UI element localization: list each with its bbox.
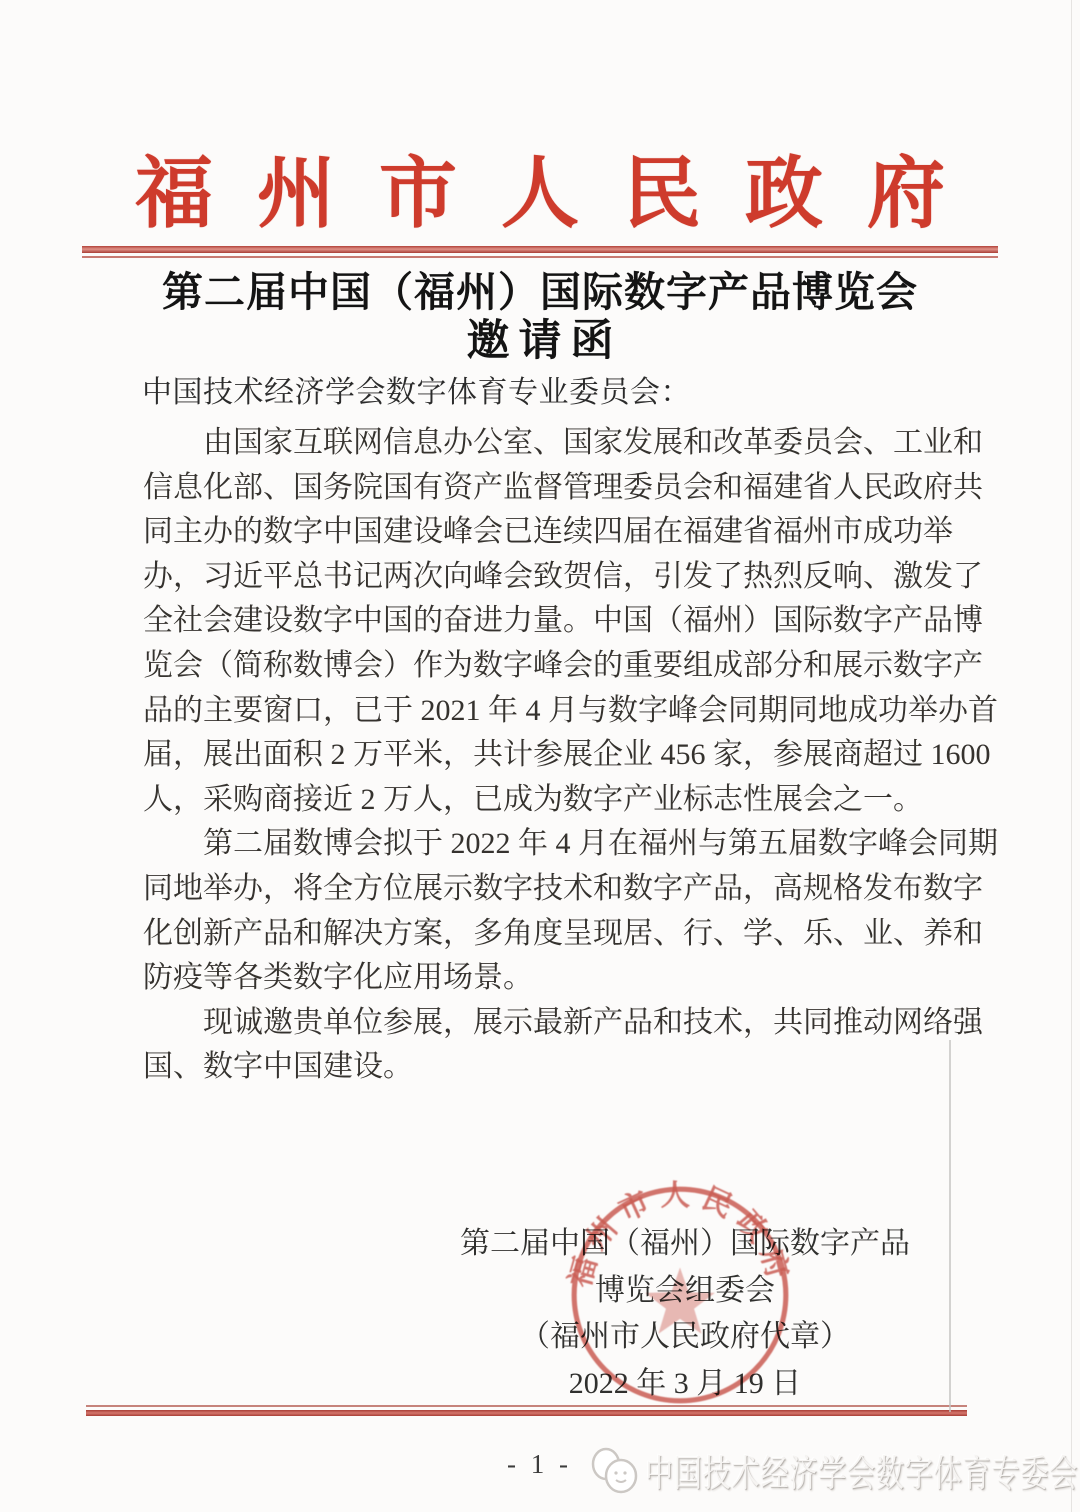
footer-divider-thick-line (86, 1410, 967, 1416)
paragraph-1: 由国家互联网信息办公室、国家发展和改革委员会、工业和信息化部、国务院国有资产监督… (143, 421, 948, 822)
footer-divider-thin-line (86, 1405, 967, 1407)
scan-edge-line (1071, 0, 1072, 1512)
document-title-line1: 第二届中国（福州）国际数字产品博览会 (0, 268, 1080, 317)
paragraph-2: 第二届数博会拟于 2022 年 4 月在福州与第五届数字峰会同期同地举办，将全方… (143, 822, 948, 1000)
letterhead-divider-thick-line (82, 246, 998, 253)
association-logo-icon (589, 1442, 639, 1498)
body-line: 同主办的数字中国建设峰会已连续四届在福建省福州市成功举 (143, 510, 948, 555)
document-page: 福州市人民政府 第二届中国（福州）国际数字产品博览会 邀请函 中国技术经济学会数… (0, 0, 1080, 1512)
signature-line: 2022 年 3 月 19 日 (400, 1361, 970, 1408)
paragraph-3: 现诚邀贵单位参展，展示最新产品和技术，共同推动网络强国、数字中国建设。 (143, 1001, 948, 1090)
letterhead-org-name: 福州市人民政府 (0, 148, 1080, 240)
letterhead-divider-thin-line (82, 256, 998, 258)
signature-line: 第二届中国（福州）国际数字产品 (400, 1221, 970, 1268)
watermark-text: 中国技术经济学会数字体育专委会 (645, 1443, 1078, 1497)
body-line: 第二届数博会拟于 2022 年 4 月在福州与第五届数字峰会同期 (143, 822, 948, 867)
document-title: 第二届中国（福州）国际数字产品博览会 邀请函 (0, 268, 1080, 366)
letter-body: 由国家互联网信息办公室、国家发展和改革委员会、工业和信息化部、国务院国有资产监督… (143, 421, 948, 1090)
body-line: 届，展出面积 2 万平米，共计参展企业 456 家，参展商超过 1600 (143, 733, 948, 778)
body-line: 防疫等各类数字化应用场景。 (143, 956, 948, 1001)
salutation: 中国技术经济学会数字体育专业委员会： (142, 367, 691, 411)
body-line: 办，习近平总书记两次向峰会致贺信，引发了热烈反响、激发了 (143, 555, 948, 600)
footer-watermark: 中国技术经济学会数字体育专委会 (589, 1438, 1080, 1502)
scan-fold-line (949, 1040, 951, 1412)
footer-divider (86, 1405, 967, 1416)
signature-line: 博览会组委会 (400, 1268, 970, 1315)
body-line: 品的主要窗口，已于 2021 年 4 月与数字峰会同期同地成功举办首 (143, 689, 948, 734)
body-line: 信息化部、国务院国有资产监督管理委员会和福建省人民政府共 (143, 466, 948, 511)
body-line: 由国家互联网信息办公室、国家发展和改革委员会、工业和 (143, 421, 948, 466)
body-line: 全社会建设数字中国的奋进力量。中国（福州）国际数字产品博 (143, 599, 948, 644)
body-line: 现诚邀贵单位参展，展示最新产品和技术，共同推动网络强 (143, 1001, 948, 1046)
signature-line: （福州市人民政府代章） (400, 1314, 970, 1361)
body-line: 同地举办，将全方位展示数字技术和数字产品，高规格发布数字 (143, 867, 948, 912)
body-line: 览会（简称数博会）作为数字峰会的重要组成部分和展示数字产 (143, 644, 948, 689)
signature-block: 第二届中国（福州）国际数字产品博览会组委会（福州市人民政府代章）2022 年 3… (400, 1221, 970, 1407)
body-line: 化创新产品和解决方案，多角度呈现居、行、学、乐、业、养和 (143, 912, 948, 957)
body-line: 国、数字中国建设。 (143, 1045, 948, 1090)
document-title-line2: 邀请函 (0, 317, 1080, 366)
letterhead-divider (82, 246, 998, 258)
body-line: 人，采购商接近 2 万人，已成为数字产业标志性展会之一。 (143, 778, 948, 823)
page-number: - 1 - (507, 1449, 572, 1480)
